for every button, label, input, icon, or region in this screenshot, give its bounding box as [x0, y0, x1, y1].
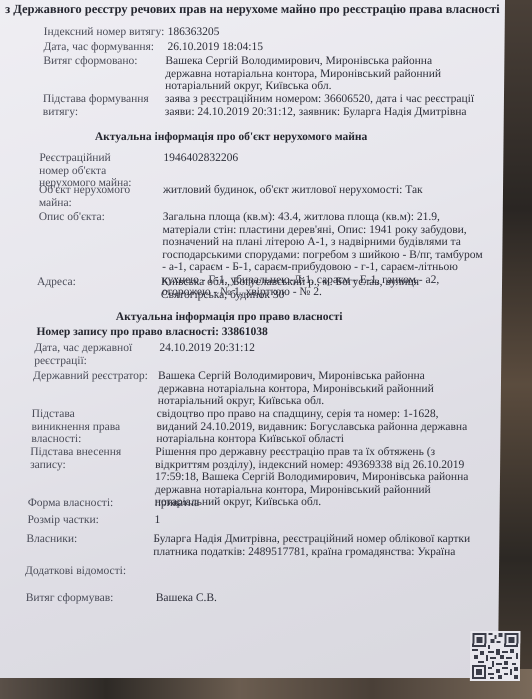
field-value: Вашека Сергій Володимирович, Миронівська… — [165, 55, 465, 93]
field-value: 1946402832206 — [163, 152, 463, 165]
field-label: Форма власності: — [28, 497, 148, 510]
field-value: свідоцтво про право на спадщину, серія т… — [156, 408, 476, 446]
field-label: Витяг сформував: — [26, 592, 146, 605]
field-label: Підстава виникнення права власності: — [31, 408, 131, 446]
field-label: Підстава формування витягу: — [43, 93, 153, 118]
field-label: Об'єкт нерухомого майна: — [39, 184, 139, 209]
section-title-ownership: Актуальна інформація про право власності — [0, 311, 482, 323]
field-label: Індексний номер витягу: — [44, 26, 174, 39]
document-title: з Державного реєстру речових прав на нер… — [0, 2, 505, 17]
field-label: Розмір частки: — [27, 514, 147, 527]
qr-code-icon — [470, 631, 521, 681]
section-title-object: Актуальна інформація про об'єкт нерухомо… — [0, 131, 484, 143]
field-label: Підстава внесення запису: — [30, 446, 125, 471]
field-value: житловий будинок, об'єкт житлової нерухо… — [163, 184, 483, 197]
field-label: Опис об'єкта: — [39, 211, 149, 224]
field-value: Вашека С.В. — [156, 592, 356, 605]
field-value: приватна — [155, 497, 455, 510]
field-label: Власники: — [26, 533, 146, 546]
field-label: Адреса: — [37, 276, 147, 289]
field-label: Додаткові відомості: — [25, 565, 165, 578]
field-label: Витяг сформовано: — [43, 55, 163, 68]
field-value: 26.10.2019 18:04:15 — [167, 41, 487, 54]
document-page: з Державного реєстру речових прав на нер… — [0, 0, 505, 678]
field-value: 24.10.2019 20:31:12 — [159, 342, 459, 355]
ownership-record-number: Номер запису про право власності: 338610… — [36, 326, 267, 338]
field-value: Київська обл., Богуславський р., м. Богу… — [161, 276, 471, 301]
field-value: 1 — [154, 514, 454, 527]
field-value: Вашека Сергій Володимирович, Миронівська… — [158, 370, 463, 408]
field-label: Дата, час державної реєстрації: — [34, 342, 134, 367]
field-value: Буларга Надія Дмитрівна, реєстраційний н… — [153, 533, 473, 558]
field-value: 186363205 — [168, 26, 488, 39]
field-value: заява з реєстраційним номером: 36606520,… — [165, 93, 483, 118]
field-label: Державний реєстратор: — [33, 370, 153, 383]
field-label: Дата, час формування: — [43, 41, 173, 54]
